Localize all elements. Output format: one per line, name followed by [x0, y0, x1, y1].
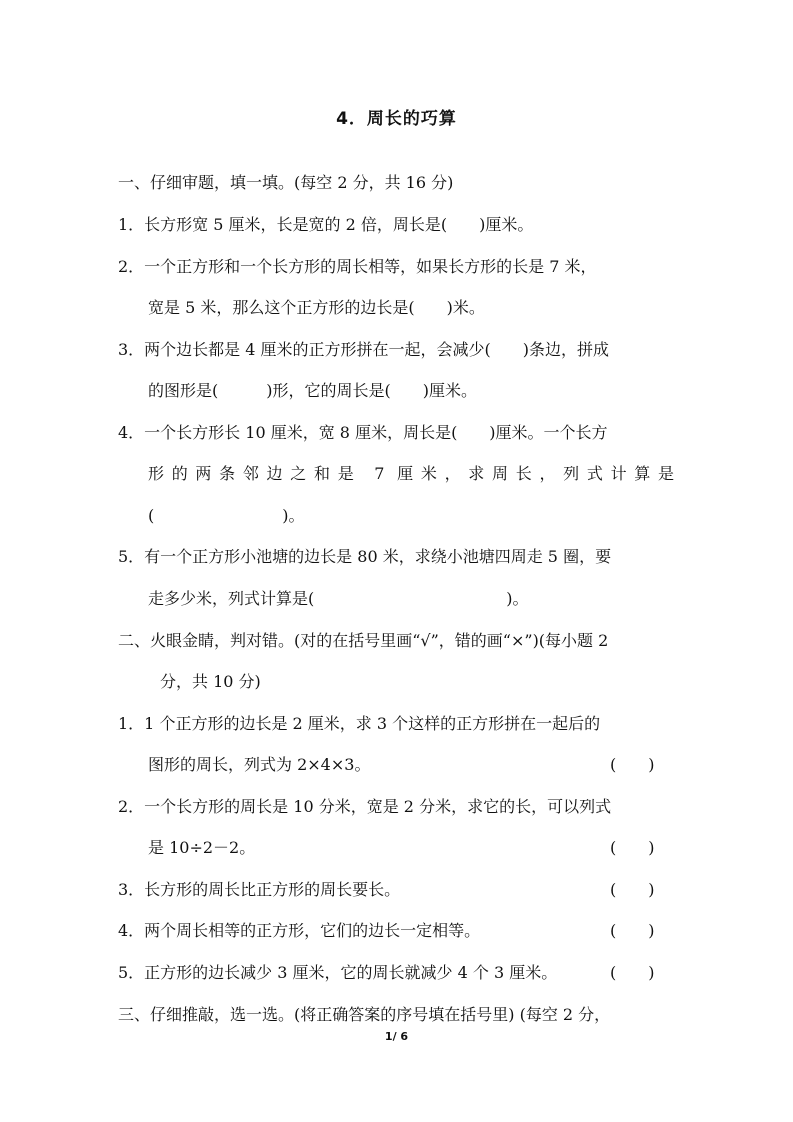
s1-question-4-line1: 4．一个长方形长 10 厘米，宽 8 厘米，周长是( )厘米。一个长方 [118, 420, 678, 443]
s1-question-4-line2: 形的两条邻边之和是 7 厘米，求周长，列式计算是 [148, 461, 674, 484]
s2-question-2-line1: 2．一个长方形的周长是 10 分米，宽是 2 分米，求它的长，可以列式 [118, 794, 678, 817]
s1-question-4-line3: ( )。 [148, 503, 708, 526]
s1-question-5-line2: 走多少米，列式计算是( )。 [148, 586, 708, 609]
s2-question-4: 4．两个周长相等的正方形，它们的边长一定相等。 [118, 918, 678, 941]
section3-heading: 三、仔细推敲，选一选。(将正确答案的序号填在括号里) (每空 2 分， [118, 1002, 678, 1025]
s2-answer-blank-1: ( ) [610, 752, 655, 775]
s2-answer-blank-2: ( ) [610, 835, 655, 858]
page-number: 1/ 6 [0, 1030, 793, 1043]
s1-question-3-line1: 3．两个边长都是 4 厘米的正方形拼在一起，会减少( )条边，拼成 [118, 337, 678, 360]
s2-answer-blank-5: ( ) [610, 960, 655, 983]
s2-question-3: 3．长方形的周长比正方形的周长要长。 [118, 877, 678, 900]
page-title: 4．周长的巧算 [0, 104, 793, 129]
section1-heading: 一、仔细审题，填一填。(每空 2 分，共 16 分) [118, 170, 678, 193]
section2-heading-line1: 二、火眼金睛，判对错。(对的在括号里画“√”，错的画“×”)(每小题 2 [118, 628, 678, 651]
s1-question-2-line1: 2．一个正方形和一个长方形的周长相等，如果长方形的长是 7 米， [118, 254, 678, 277]
s1-question-1: 1．长方形宽 5 厘米，长是宽的 2 倍，周长是( )厘米。 [118, 212, 678, 235]
s1-question-3-line2: 的图形是( )形，它的周长是( )厘米。 [148, 378, 708, 401]
s1-question-2-line2: 宽是 5 米，那么这个正方形的边长是( )米。 [148, 295, 708, 318]
s2-answer-blank-4: ( ) [610, 918, 655, 941]
s2-question-1-line1: 1．1 个正方形的边长是 2 厘米，求 3 个这样的正方形拼在一起后的 [118, 711, 678, 734]
s1-question-5-line1: 5．有一个正方形小池塘的边长是 80 米，求绕小池塘四周走 5 圈，要 [118, 544, 678, 567]
s2-answer-blank-3: ( ) [610, 877, 655, 900]
section2-heading-line2: 分，共 10 分) [160, 669, 720, 692]
s2-question-5: 5．正方形的边长减少 3 厘米，它的周长就减少 4 个 3 厘米。 [118, 960, 678, 983]
